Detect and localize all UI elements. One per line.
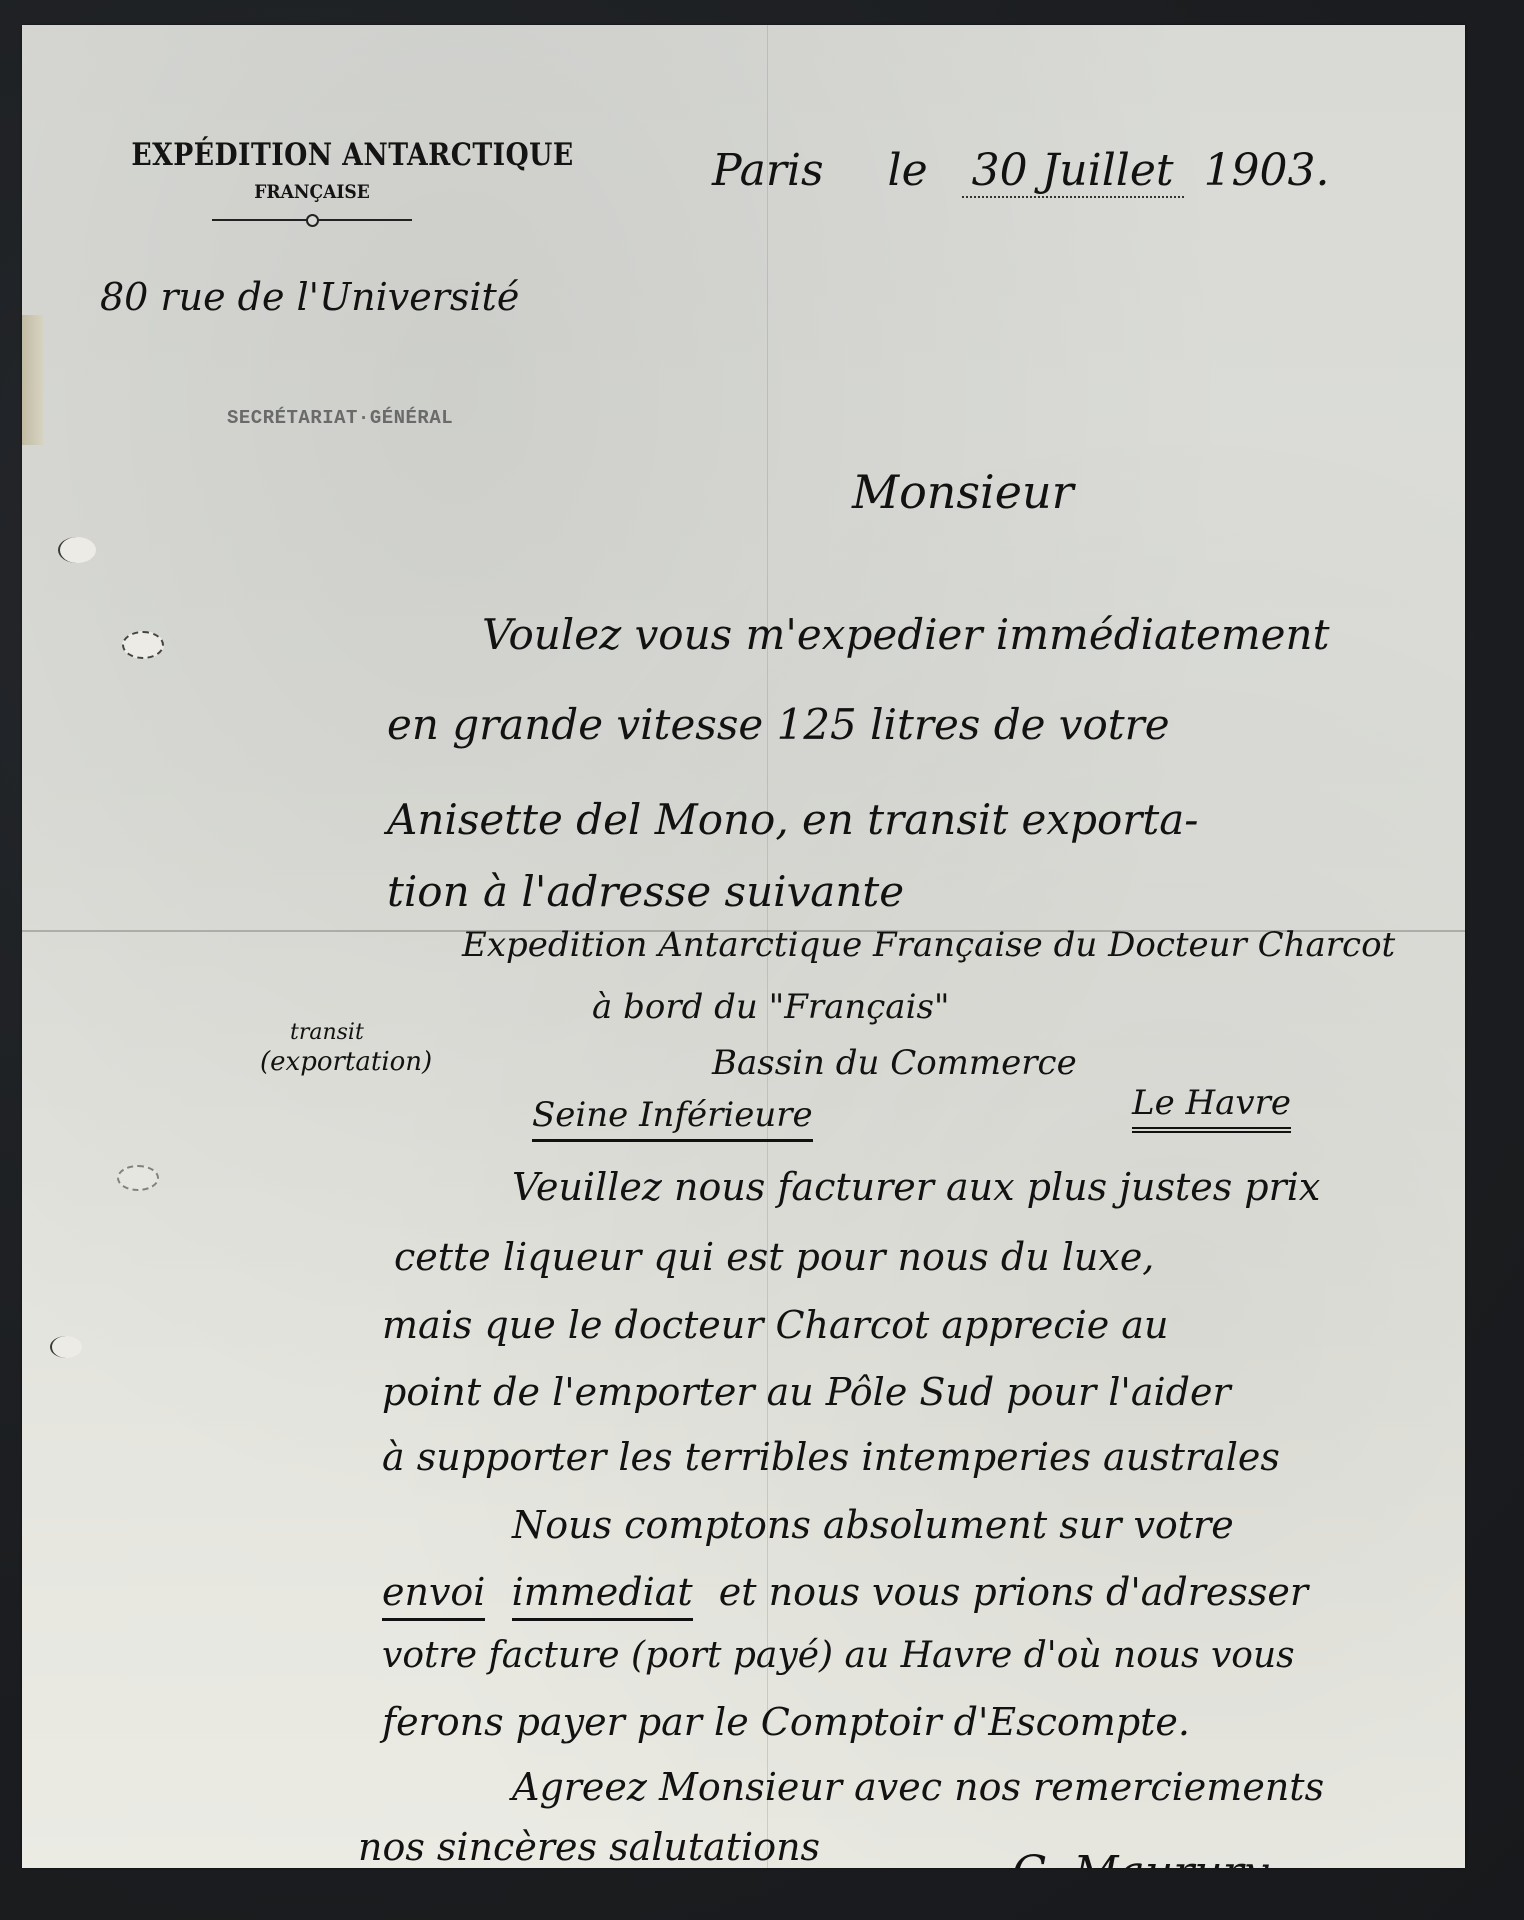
sender-address: 80 rue de l'Université (100, 275, 519, 319)
shipping-address-region: Seine Inférieure (532, 1095, 813, 1135)
date-year: 1903. (1204, 145, 1330, 196)
closing-line: nos sincères salutations (358, 1825, 820, 1868)
closing-line: Agreez Monsieur avec nos remerciements (512, 1765, 1324, 1809)
body-line: mais que le docteur Charcot apprecie au (382, 1303, 1168, 1347)
date-le: le (888, 145, 928, 196)
edge-stain (22, 315, 44, 445)
body-line: Veuillez nous facturer aux plus justes p… (512, 1165, 1320, 1209)
letterhead-title: EXPÉDITION ANTARCTIQUE (131, 137, 492, 173)
letterhead-ornament-divider (212, 219, 412, 221)
city-le-havre: Le Havre (1132, 1083, 1291, 1133)
punch-hole (50, 1336, 82, 1358)
body-line: Voulez vous m'expedier immédiatement (482, 610, 1329, 659)
body-line: à supporter les terribles intemperies au… (382, 1435, 1280, 1479)
letter-page: EXPÉDITION ANTARCTIQUE FRANÇAISE 80 rue … (22, 25, 1465, 1868)
date-day-month: 30 Juillet (962, 145, 1184, 198)
salutation: Monsieur (852, 465, 1074, 519)
torn-punch-hole (122, 631, 164, 659)
region-seine-inferieure: Seine Inférieure (532, 1095, 813, 1142)
shipping-address-line: Bassin du Commerce (712, 1043, 1077, 1083)
margin-note: (exportation) (260, 1047, 432, 1077)
torn-punch-hole (117, 1165, 159, 1191)
body-line: en grande vitesse 125 litres de votre (387, 700, 1170, 749)
shipping-address-line: à bord du "Français" (592, 987, 950, 1027)
underlined-word-immediat: immediat (512, 1570, 693, 1621)
letterhead: EXPÉDITION ANTARCTIQUE FRANÇAISE (102, 137, 522, 221)
body-line: tion à l'adresse suivante (387, 867, 904, 916)
body-line: point de l'emporter au Pôle Sud pour l'a… (382, 1370, 1231, 1414)
dateline: Paris le 30 Juillet 1903. (712, 145, 1330, 198)
secretariat-stamp: SECRÉTARIAT·GÉNÉRAL (227, 407, 453, 429)
punch-hole (58, 537, 96, 563)
body-line: ferons payer par le Comptoir d'Escompte. (382, 1700, 1190, 1744)
body-line-rest: et nous vous prions d'adresser (719, 1570, 1308, 1614)
signature: G. Maurury (1012, 1847, 1268, 1868)
shipping-address-city: Le Havre (1132, 1083, 1291, 1123)
body-line: Nous comptons absolument sur votre (512, 1503, 1234, 1547)
shipping-address-line: Expedition Antarctique Française du Doct… (462, 925, 1395, 965)
body-line: envoi immediat et nous vous prions d'adr… (382, 1570, 1308, 1614)
margin-note: transit (290, 1020, 364, 1045)
date-place: Paris (712, 145, 824, 196)
body-line: votre facture (port payé) au Havre d'où … (382, 1635, 1295, 1676)
underlined-word-envoi: envoi (382, 1570, 485, 1621)
body-line: Anisette del Mono, en transit exporta- (387, 795, 1198, 844)
letterhead-subtitle: FRANÇAISE (123, 181, 501, 203)
body-line: cette liqueur qui est pour nous du luxe, (394, 1235, 1154, 1279)
